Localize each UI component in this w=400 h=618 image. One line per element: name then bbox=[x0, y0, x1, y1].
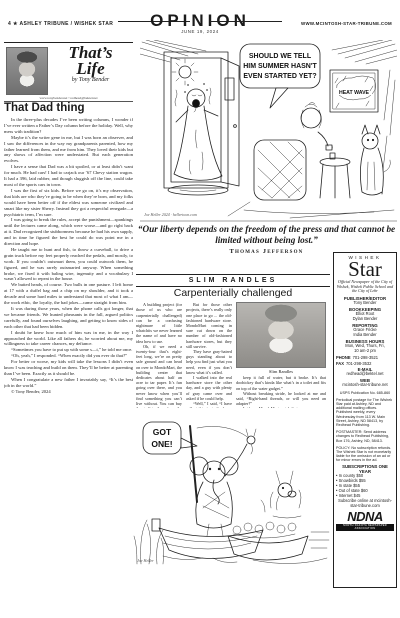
subscription-rates: • In county $50• Snowbirds $55• In state… bbox=[336, 474, 394, 499]
masthead-box: WISHEK Star Official Newspaper of the Ci… bbox=[333, 252, 397, 588]
pull-quote-text: “Our liberty depends on the freedom of t… bbox=[138, 224, 395, 245]
thats-life-title: That’s Life by Tony Bender bbox=[50, 45, 131, 83]
slim-col2: But for those other projects, there’s re… bbox=[186, 302, 232, 408]
postmaster-notice: POSTMASTER: Send address changes to Redh… bbox=[336, 430, 394, 443]
phone-label: PHONE bbox=[336, 355, 351, 360]
fax-row: FAX 701-298-3532 bbox=[336, 361, 394, 366]
slim-randles-photo bbox=[236, 302, 326, 368]
policy-notice: POLICY: No subscription refunds. The Wis… bbox=[336, 446, 394, 463]
heatwave-bubble-line1: SHOULD WE TELL bbox=[249, 53, 312, 60]
editorial-cartoon-boats: GOT ONE! bbox=[133, 416, 330, 566]
thats-life-title-line2: Life bbox=[50, 61, 131, 76]
header-rule-right bbox=[210, 21, 282, 22]
columnist-contact: www.tonybender.net • redhead@bektel.net bbox=[4, 96, 133, 100]
web-address: mcintosh-star-tribune.net bbox=[336, 383, 394, 388]
hours-values: Mon, Wed, Thurs, Fri,10 am-2 pm bbox=[336, 344, 394, 354]
fax-number: 701-298-3532 bbox=[346, 361, 372, 366]
slim-randles-column: SLIM RANDLES Carpenterially challenged A… bbox=[136, 274, 330, 408]
newspaper-page: 4 ★ ASHLEY TRIBUNE / WISHEK STAR OPINION… bbox=[0, 0, 400, 618]
article-body: In the three-plus decades I’ve been writ… bbox=[4, 117, 133, 557]
slim-col3: Slim Randles keep it full of water, but … bbox=[236, 302, 326, 408]
slim-photo-caption: Slim Randles bbox=[236, 369, 326, 374]
slim-col1: A building project (for those of us who … bbox=[136, 302, 182, 408]
kicker-rule bbox=[136, 286, 330, 287]
publisher-name: Tony Bender bbox=[336, 301, 394, 306]
subscribe-online-note: Subscribe online at mcintosh-star-tribun… bbox=[336, 499, 394, 509]
thats-life-box: That’s Life by Tony Bender www.tonybende… bbox=[4, 42, 133, 102]
website-label: WWW.MCINTOSH-STAR-TRIBUNE.COM bbox=[301, 21, 392, 26]
heatwave-bubble-line3: EVEN STARTED YET? bbox=[243, 73, 316, 80]
email-address: redhead@bektel.net bbox=[336, 372, 394, 377]
editorial-cartoon-heatwave: SHOULD WE TELL HIM SUMMER HASN'T EVEN ST… bbox=[140, 40, 397, 222]
boat-bubble-line1: GOT bbox=[153, 427, 172, 437]
cartoon-signature: Joe Heller 2024 · hellertoon.com bbox=[144, 212, 197, 217]
thats-life-byline: by Tony Bender bbox=[50, 77, 131, 83]
postage-notice: Periodical postage for The Wishek Star p… bbox=[336, 398, 394, 428]
masthead-descriptor: Official Newspaper of the City of Wishek… bbox=[336, 280, 394, 294]
column-kicker: SLIM RANDLES bbox=[136, 277, 330, 284]
heatwave-bubble-line2: HIM SUMMER HASN'T bbox=[243, 63, 317, 70]
slim-col3-text: keep it full of water, but it broke. It’… bbox=[236, 375, 326, 408]
ndna-logo-bar: NORTH DAKOTA NEWSPAPER ASSOCIATION bbox=[336, 524, 394, 531]
boat-bubble-line2: ONE! bbox=[151, 439, 172, 449]
issue-date: JUNE 19, 2024 bbox=[0, 29, 400, 34]
ndna-logo: NDNA bbox=[336, 511, 394, 523]
fax-label: FAX bbox=[336, 361, 344, 366]
pull-quote: “Our liberty depends on the freedom of t… bbox=[136, 224, 397, 255]
phone-row: PHONE 701-298-3521 bbox=[336, 355, 394, 360]
cartoon2-signature: Joe Heller bbox=[137, 558, 154, 563]
phone-number: 701-298-3521 bbox=[353, 355, 379, 360]
slim-headline: Carpenterially challenged bbox=[136, 287, 330, 299]
article-headline: That Dad thing bbox=[4, 102, 85, 114]
masthead-name: Star bbox=[336, 260, 394, 279]
bookkeeping-names: Elliot RootDylan Bender bbox=[336, 312, 394, 322]
usps-number: USPS Publication No. 685-860 bbox=[336, 391, 394, 395]
tony-bender-photo bbox=[6, 47, 48, 95]
slim-columns: A building project (for those of us who … bbox=[136, 302, 330, 408]
tv-heatwave-label: HEAT WAVE bbox=[339, 90, 370, 96]
reporting-names: Grace FrickeIndia Bender bbox=[336, 328, 394, 338]
